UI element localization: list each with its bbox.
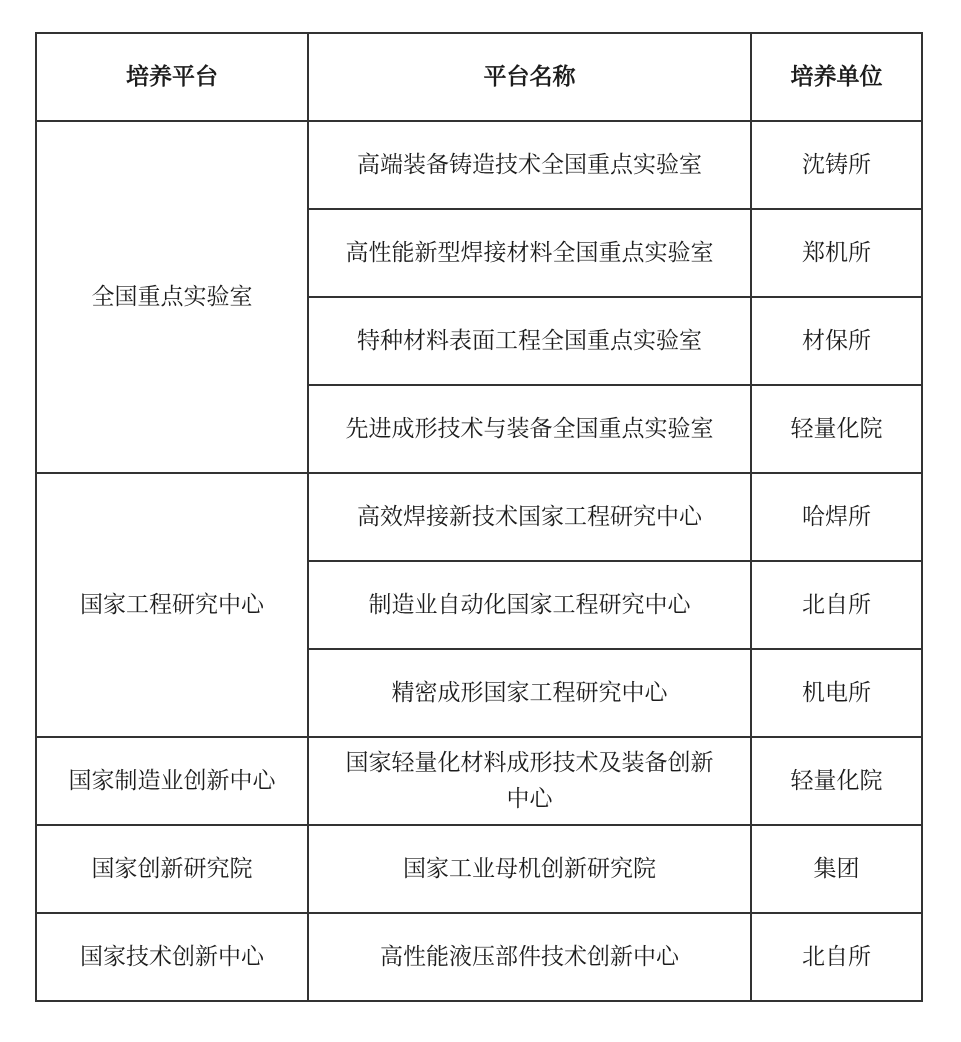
- platform-name-cell: 精密成形国家工程研究中心: [308, 649, 751, 737]
- unit-cell: 机电所: [751, 649, 922, 737]
- platform-name-cell: 高性能液压部件技术创新中心: [308, 913, 751, 1001]
- platform-name-cell: 制造业自动化国家工程研究中心: [308, 561, 751, 649]
- platform-name-cell: 先进成形技术与装备全国重点实验室: [308, 385, 751, 473]
- platform-name-cell: 国家轻量化材料成形技术及装备创新中心: [308, 737, 751, 825]
- table-row: 全国重点实验室 高端装备铸造技术全国重点实验室 沈铸所: [36, 121, 922, 209]
- training-platform-table: 培养平台 平台名称 培养单位 全国重点实验室 高端装备铸造技术全国重点实验室 沈…: [35, 32, 923, 1002]
- platform-type-cell: 国家技术创新中心: [36, 913, 308, 1001]
- unit-cell: 轻量化院: [751, 737, 922, 825]
- header-cell-platform-type: 培养平台: [36, 33, 308, 121]
- unit-cell: 郑机所: [751, 209, 922, 297]
- platform-name-cell: 特种材料表面工程全国重点实验室: [308, 297, 751, 385]
- table-row: 国家技术创新中心 高性能液压部件技术创新中心 北自所: [36, 913, 922, 1001]
- platform-type-cell: 国家创新研究院: [36, 825, 308, 913]
- unit-cell: 集团: [751, 825, 922, 913]
- platform-name-cell: 国家工业母机创新研究院: [308, 825, 751, 913]
- platform-type-cell: 全国重点实验室: [36, 121, 308, 473]
- platform-type-cell: 国家制造业创新中心: [36, 737, 308, 825]
- header-cell-platform-name: 平台名称: [308, 33, 751, 121]
- unit-cell: 哈焊所: [751, 473, 922, 561]
- unit-cell: 北自所: [751, 561, 922, 649]
- unit-cell: 轻量化院: [751, 385, 922, 473]
- table-row: 国家创新研究院 国家工业母机创新研究院 集团: [36, 825, 922, 913]
- table-row: 国家工程研究中心 高效焊接新技术国家工程研究中心 哈焊所: [36, 473, 922, 561]
- unit-cell: 北自所: [751, 913, 922, 1001]
- table-row: 国家制造业创新中心 国家轻量化材料成形技术及装备创新中心 轻量化院: [36, 737, 922, 825]
- header-row: 培养平台 平台名称 培养单位: [36, 33, 922, 121]
- platform-name-cell: 高性能新型焊接材料全国重点实验室: [308, 209, 751, 297]
- unit-cell: 材保所: [751, 297, 922, 385]
- platform-name-cell: 高效焊接新技术国家工程研究中心: [308, 473, 751, 561]
- header-cell-unit: 培养单位: [751, 33, 922, 121]
- platform-name-cell: 高端装备铸造技术全国重点实验室: [308, 121, 751, 209]
- platform-type-cell: 国家工程研究中心: [36, 473, 308, 737]
- unit-cell: 沈铸所: [751, 121, 922, 209]
- page: 培养平台 平台名称 培养单位 全国重点实验室 高端装备铸造技术全国重点实验室 沈…: [0, 0, 961, 1042]
